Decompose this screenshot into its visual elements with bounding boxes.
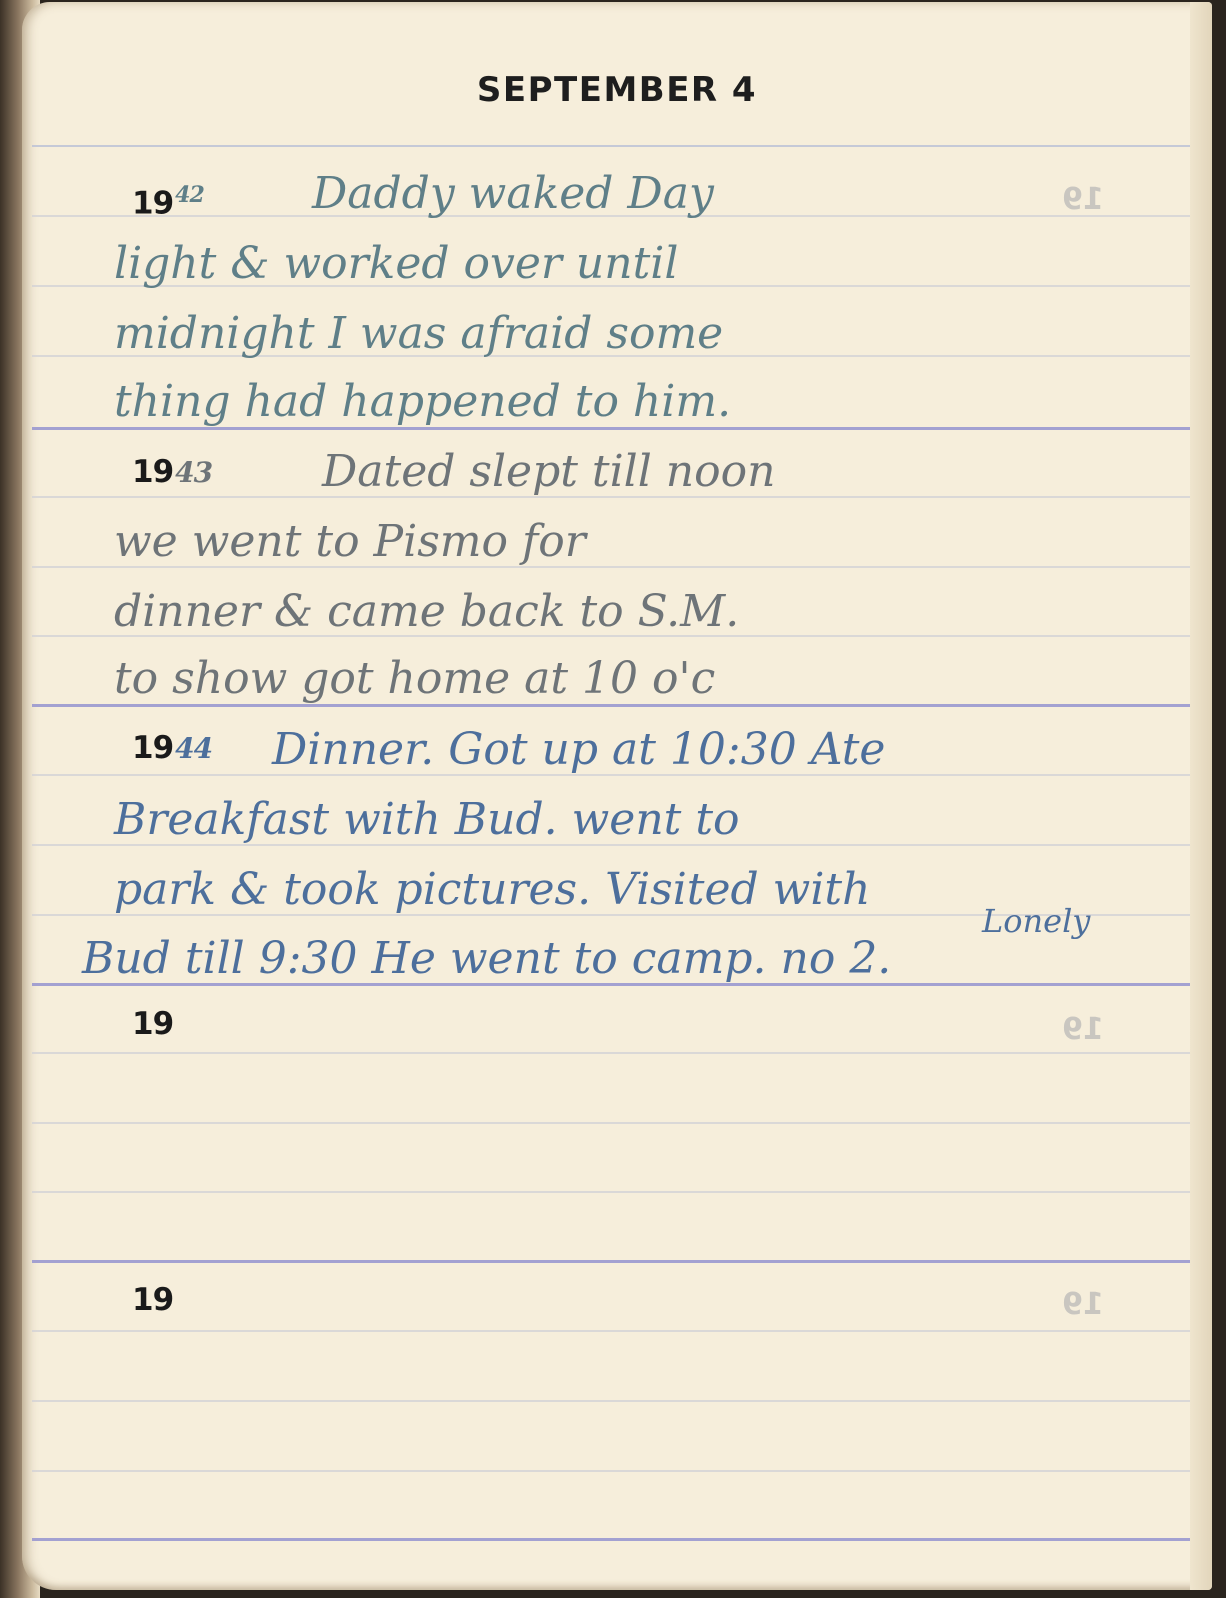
entry-1943-line-2: we went to Pismo for (114, 520, 586, 564)
diary-page: SEPTEMBER 4 19 19 19 1942 Daddy waked Da… (22, 2, 1212, 1590)
year-suffix: 42 (175, 182, 204, 208)
entry-1943-line-1: Dated slept till noon (322, 450, 775, 494)
year-prefix: 19 (132, 1006, 173, 1042)
year-suffix: 44 (175, 732, 212, 765)
year-label-blank-5: 19 (132, 1282, 173, 1318)
ghost-year-showthrough: 19 (1062, 1012, 1104, 1047)
entry-1942-line-1: Daddy waked Day (312, 172, 714, 216)
section-divider (32, 704, 1190, 707)
year-label-blank-4: 19 (132, 1006, 173, 1042)
section-divider (32, 1260, 1190, 1263)
entry-1943-line-3: dinner & came back to S.M. (114, 590, 739, 634)
section-divider (32, 1538, 1190, 1541)
year-prefix: 19 (132, 454, 173, 490)
entry-1944-annotation: Lonely (982, 902, 1090, 940)
year-label-1944: 1944 (132, 730, 212, 766)
ruling-line (32, 1191, 1190, 1193)
page-date-header: SEPTEMBER 4 (22, 70, 1212, 110)
ghost-year-showthrough: 19 (1062, 182, 1104, 217)
entry-1944-line-2: Breakfast with Bud. went to (114, 798, 740, 842)
ruling-line (32, 145, 1190, 147)
ruling-line (32, 1122, 1190, 1124)
ruling-line (32, 1052, 1190, 1054)
entry-1944-line-4: Bud till 9:30 He went to camp. no 2. (82, 937, 891, 981)
entry-1944-line-3: park & took pictures. Visited with (114, 868, 870, 912)
ghost-year-showthrough: 19 (1062, 1287, 1104, 1322)
year-label-1943: 1943 (132, 454, 212, 490)
entry-1943-line-4: to show got home at 10 o'c (114, 657, 715, 701)
entry-1942-line-3: midnight I was afraid some (114, 312, 723, 356)
section-divider (32, 427, 1190, 430)
year-prefix: 19 (132, 730, 173, 766)
entry-1944-line-1: Dinner. Got up at 10:30 Ate (272, 728, 885, 772)
year-prefix: 19 (132, 1282, 173, 1318)
entry-1942-line-2: light & worked over until (114, 242, 678, 286)
ruling-line (32, 1400, 1190, 1402)
year-prefix: 19 (132, 185, 173, 221)
ruling-line (32, 1470, 1190, 1472)
entry-1942-line-4: thing had happened to him. (114, 380, 731, 424)
year-label-1942: 1942 (132, 182, 204, 221)
ruling-line (32, 1330, 1190, 1332)
year-suffix: 43 (175, 456, 212, 489)
